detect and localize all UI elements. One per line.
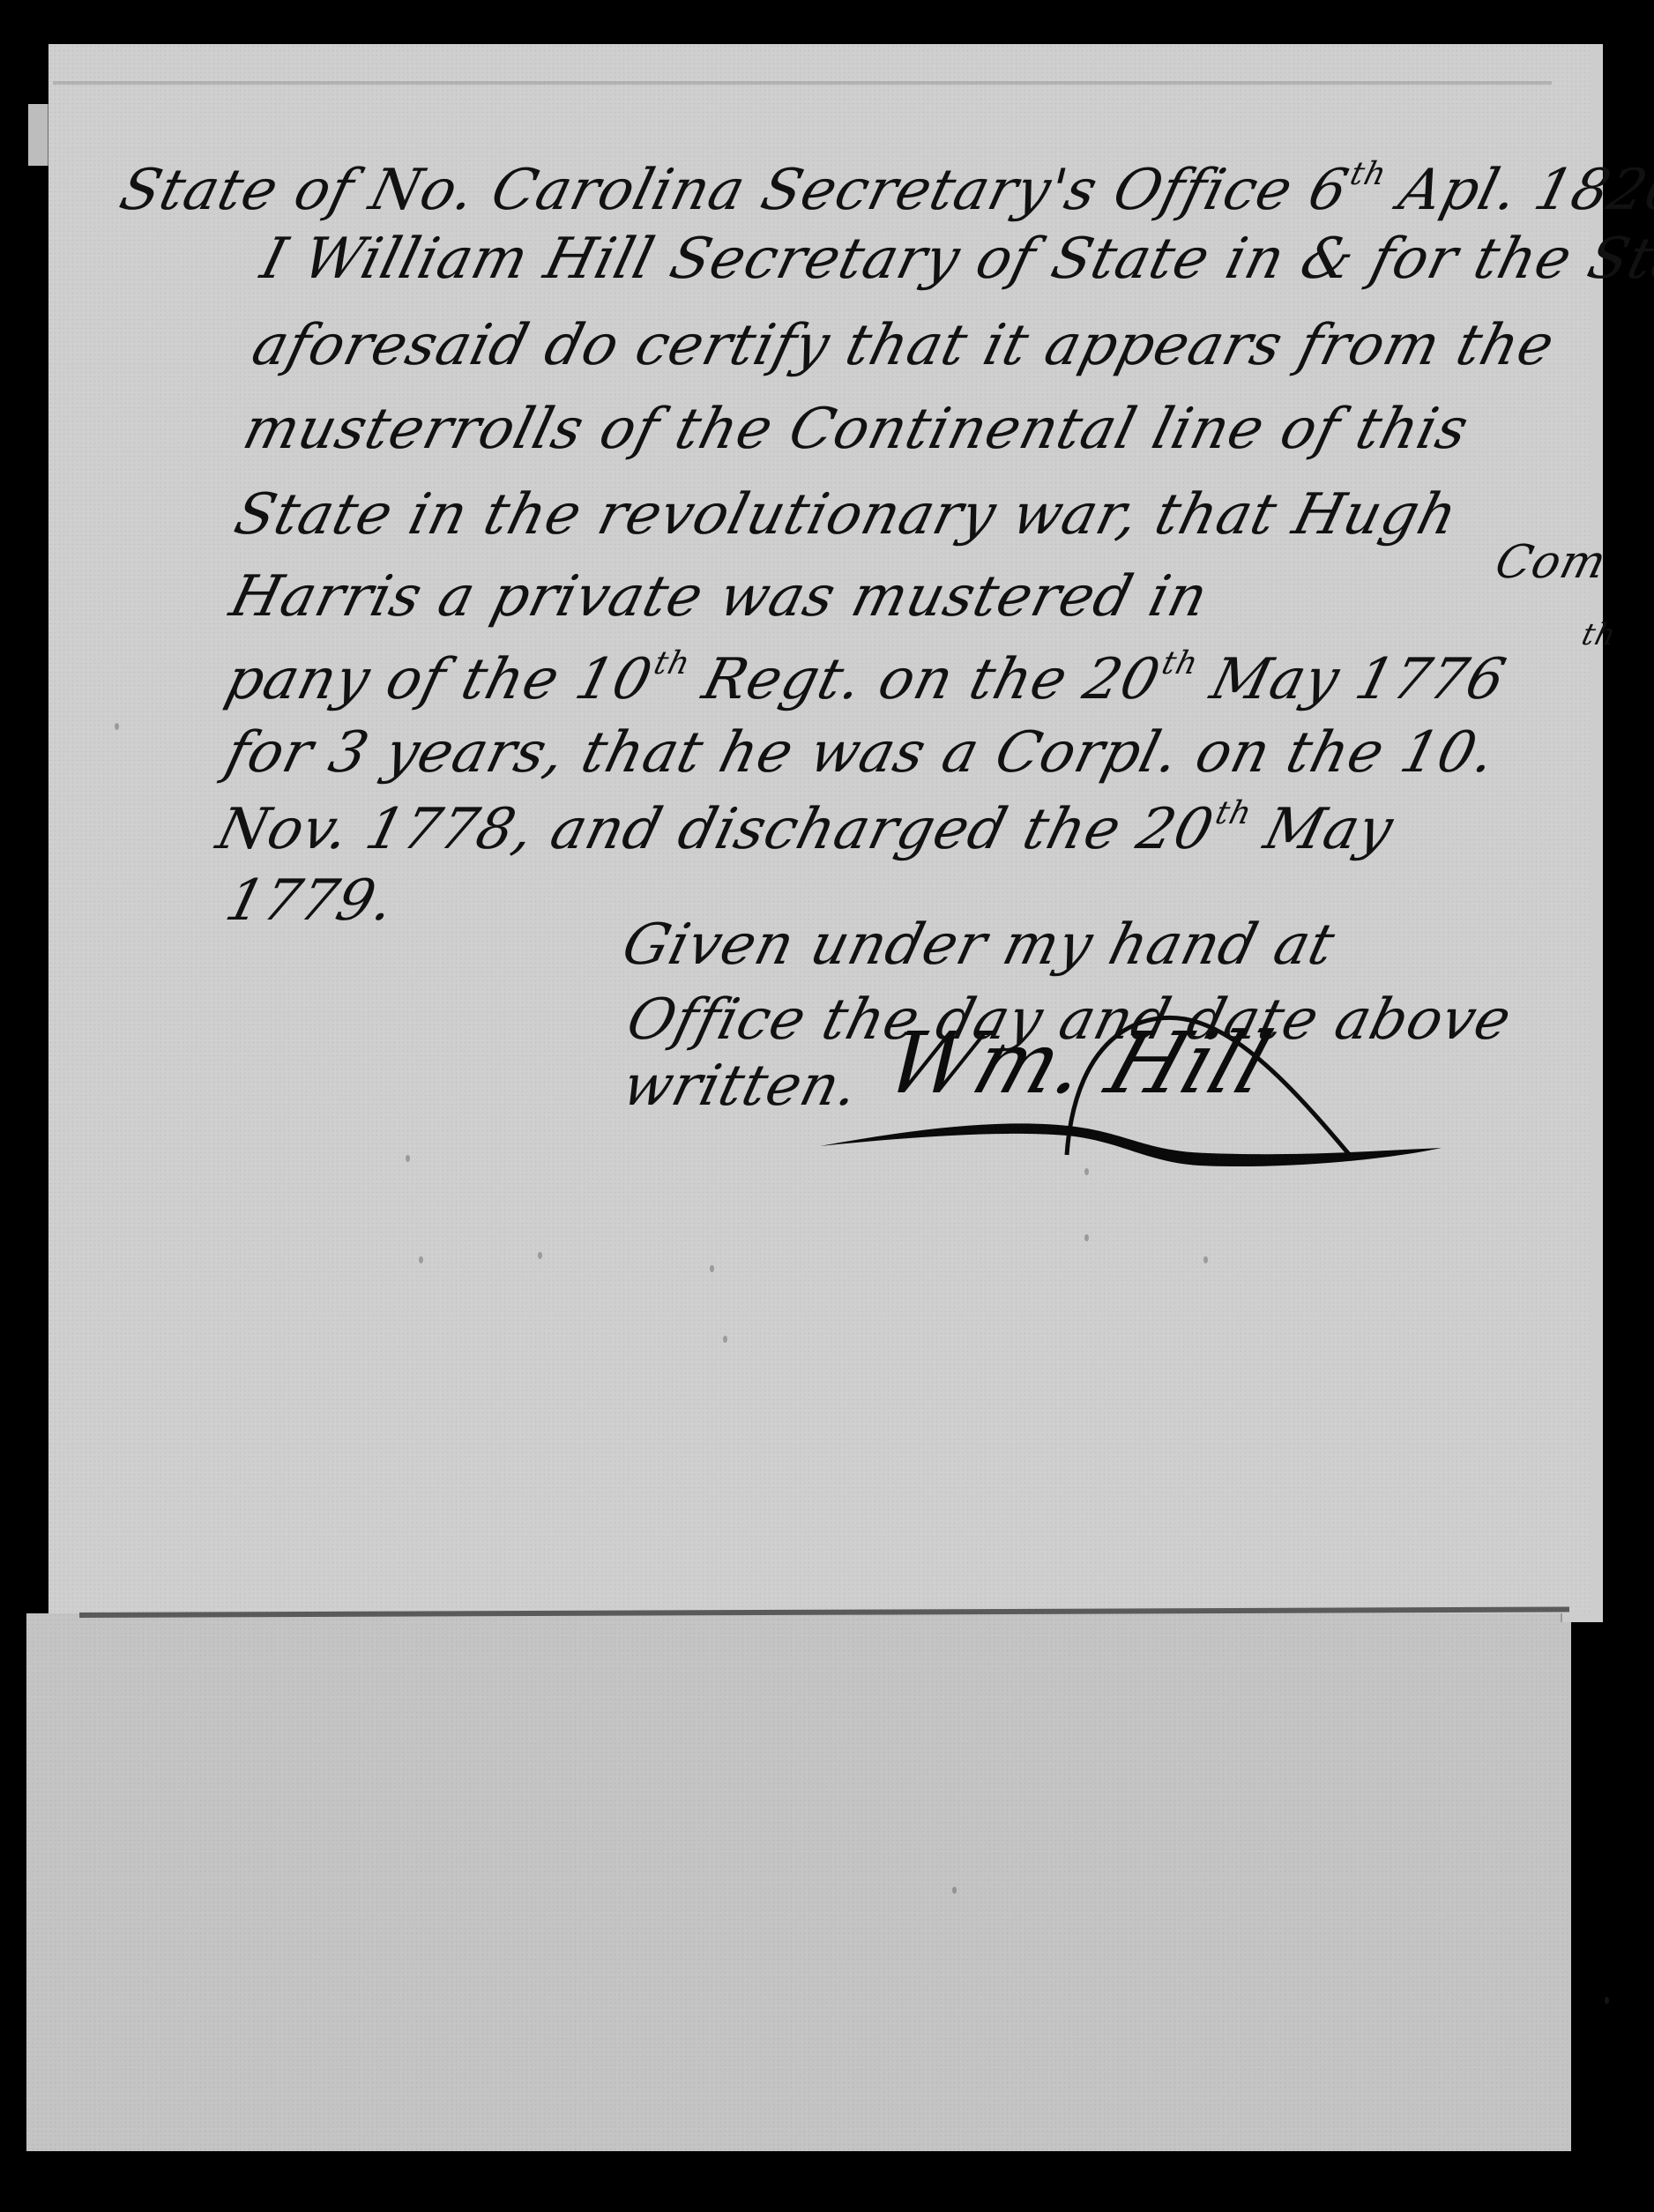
paper-spot (406, 1155, 410, 1162)
header-ordinal: th (1346, 156, 1390, 192)
paper-spot (115, 723, 119, 730)
paper-spot (723, 1336, 727, 1343)
signature: Wm. Hill (875, 1014, 1283, 1113)
closing-line-3: written. (617, 1058, 865, 1114)
body-line-2: aforesaid do certify that it appears fro… (247, 317, 1560, 374)
line6-text-a: pany of the 10 (220, 647, 659, 712)
line8-text-a: Nov. 1778, and discharged the 20 (211, 797, 1220, 862)
top-crease (53, 81, 1552, 85)
paper-spot (1203, 1256, 1208, 1263)
header-text: State of No. Carolina Secretary's Office… (114, 158, 1355, 223)
body-line-4: State in the revolutionary war, that Hug… (229, 487, 1463, 543)
header-date: Apl. 1826 (1393, 158, 1654, 223)
header-line: State of No. Carolina Secretary's Office… (115, 159, 1654, 219)
margin-note-com: Com (1490, 536, 1612, 589)
paper-spot (419, 1256, 423, 1263)
body-line-1: I William Hill Secretary of State in & f… (256, 231, 1654, 287)
body-line-5: Harris a private was mustered in (225, 569, 1213, 625)
line6-text-b: Regt. (677, 647, 869, 712)
paper-spot (710, 1265, 714, 1272)
underlying-paper-sheet (26, 1613, 1571, 2151)
body-line-9: 1779. (220, 873, 400, 929)
paper-spot (538, 1252, 542, 1259)
closing-line-1: Given under my hand at (617, 917, 1340, 973)
line6-text-c: on the 20 (853, 647, 1166, 712)
paper-tab (28, 104, 49, 166)
paper-spot (1605, 1997, 1609, 2004)
line6-text-d: May 1776 (1186, 647, 1513, 712)
paper-spot (952, 1887, 957, 1894)
signature-underline-flourish (811, 1111, 1446, 1181)
body-line-8: Nov. 1778, and discharged the 20th May (212, 798, 1400, 858)
body-line-7: for 3 years, that he was a Corpl. on the… (220, 725, 1501, 781)
body-line-3: musterrolls of the Continental line of t… (238, 401, 1474, 458)
paper-spot (1084, 1234, 1089, 1241)
line8-text-b: May (1239, 797, 1400, 862)
body-line-6: pany of the 10th Regt. on the 20th May 1… (220, 648, 1512, 708)
